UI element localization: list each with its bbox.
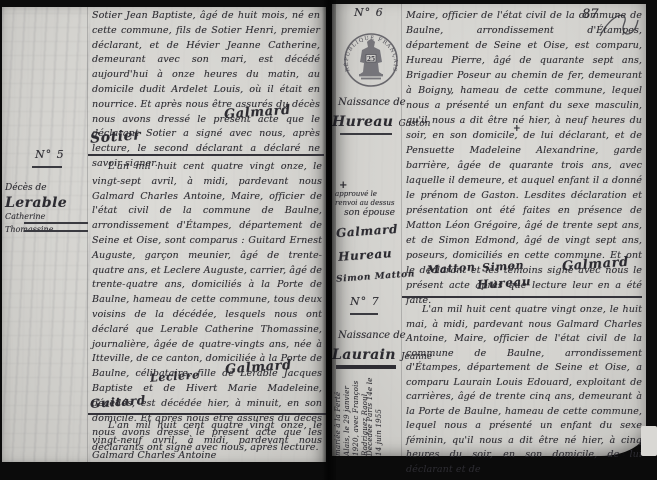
act6-title-underline [340, 133, 392, 135]
act6-title-prefix: Naissance de [338, 97, 406, 108]
act5-number-underline [32, 166, 62, 168]
renvoi-approval-note: approuvé le renvoi au dessus [335, 190, 399, 207]
renvoi-inserted-words: son épouse [344, 208, 395, 218]
act7-number-underline [350, 313, 378, 315]
act5-margin-number: N° 5 [35, 148, 65, 161]
act5-title-prefix: Décès de [5, 183, 46, 193]
act4-death-text: Sotier Jean Baptiste, âgé de huit mois, … [92, 9, 320, 172]
act5-death-text: L'an mil huit cent quatre vingt onze, le… [92, 160, 322, 456]
marriage-annotation: mariée à la Ferté Alais, le 29 janvier 1… [334, 372, 360, 456]
death-annotation: Décédée Paris 14e le 14 juin 1955 [366, 372, 392, 456]
signature-simon-matton-renvoi: Simon Matton [336, 269, 415, 284]
renvoi-mark-intext: + [513, 124, 521, 134]
revenue-stamp: RÉPUBLIQUE FRANÇAISE 25 [342, 28, 400, 92]
act7-margin-number: N° 7 [350, 295, 380, 308]
act7-birth-text: L'an mil huit cent quatre vingt onze, le… [406, 303, 642, 477]
act7-title-surname: Laurain [332, 347, 396, 363]
act5-title-surname: Lerable [5, 195, 67, 211]
left-page: Sotier Jean Baptiste, âgé de huit mois, … [2, 7, 326, 462]
act6-title-surname: Hureau [332, 114, 393, 130]
margin-separator-line [401, 4, 402, 456]
signature-hureau-renvoi: Hureau [338, 246, 393, 264]
paper-tab [641, 426, 657, 456]
act6-opening-text: L'an mil huit cent quatre vingt onze, le… [92, 419, 322, 463]
act7-title-prefix: Naissance de [338, 330, 406, 341]
right-page: 87 N° 6 RÉPUBLIQUE FRANÇAISE 25 Naissanc… [332, 4, 646, 456]
act-separator-line [402, 296, 642, 298]
act-separator-line [88, 154, 324, 156]
binding-gutter-shadow [322, 0, 336, 480]
act-separator-line [88, 413, 326, 415]
act6-margin-number: N° 6 [354, 6, 384, 19]
act5-margin-double-rule [24, 222, 88, 232]
signature-galmard-renvoi: Galmard [336, 222, 399, 240]
act7-title-underline [336, 365, 396, 369]
stamp-value: 25 [367, 56, 375, 63]
register-scan: Sotier Jean Baptiste, âgé de huit mois, … [0, 0, 657, 480]
